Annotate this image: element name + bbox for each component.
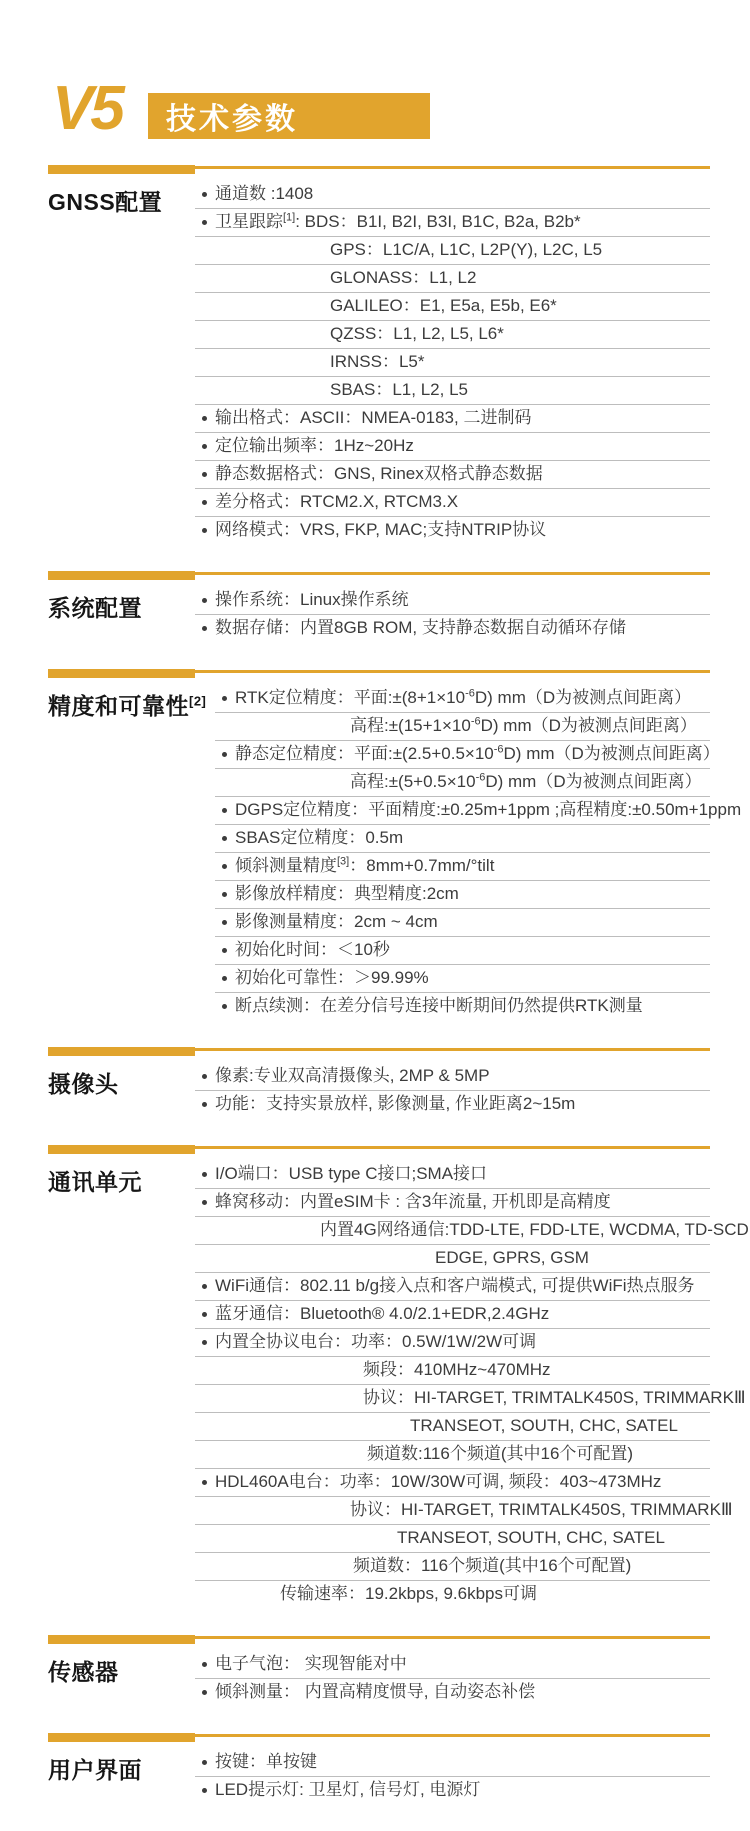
spec-text-part: 通道数 :1408 xyxy=(215,184,313,203)
section-title-text: 系统配置 xyxy=(48,595,142,621)
spec-text: 协议：HI-TARGET, TRIMTALK450S, TRIMMARKⅢ xyxy=(363,1388,746,1407)
spec-row: 电子气泡： 实现智能对中 xyxy=(195,1651,710,1679)
spec-text-part: 蜂窝移动：内置eSIM卡 : 含3年流量, 开机即是高精度 xyxy=(215,1192,611,1211)
section-divider xyxy=(48,669,710,678)
spec-text: 操作系统：Linux操作系统 xyxy=(215,590,409,609)
spec-text: QZSS：L1, L2, L5, L6* xyxy=(330,324,504,343)
bullet-icon xyxy=(202,472,207,477)
section-title-system: 系统配置 xyxy=(48,580,195,642)
section-title-gnss: GNSS配置 xyxy=(48,174,195,544)
bullet-icon xyxy=(202,444,207,449)
section-title-ui: 用户界面 xyxy=(48,1742,195,1804)
section-comm: 通讯单元I/O端口：USB type C接口;SMA接口蜂窝移动：内置eSIM卡… xyxy=(48,1145,710,1608)
spec-row: 网络模式：VRS, FKP, MAC;支持NTRIP协议 xyxy=(195,517,710,544)
spec-text: 按键：单按键 xyxy=(215,1752,317,1771)
section-title-text: 传感器 xyxy=(48,1659,119,1685)
spec-text-part: 操作系统：Linux操作系统 xyxy=(215,590,409,609)
spec-row: 静态数据格式：GNS, Rinex双格式静态数据 xyxy=(195,461,710,489)
section-body: 通讯单元I/O端口：USB type C接口;SMA接口蜂窝移动：内置eSIM卡… xyxy=(48,1154,710,1608)
bullet-icon xyxy=(202,1074,207,1079)
spec-row: TRANSEOT, SOUTH, CHC, SATEL xyxy=(195,1413,710,1441)
spec-text-part: 蓝牙通信：Bluetooth® 4.0/2.1+EDR,2.4GHz xyxy=(215,1304,549,1323)
spec-text: 定位输出频率：1Hz~20Hz xyxy=(215,436,414,455)
spec-text: WiFi通信：802.11 b/g接入点和客户端模式, 可提供WiFi热点服务 xyxy=(215,1276,695,1295)
section-divider xyxy=(48,1145,710,1154)
bullet-icon xyxy=(222,920,227,925)
section-body: GNSS配置通道数 :1408卫星跟踪[1]: BDS：B1I, B2I, B3… xyxy=(48,174,710,544)
spec-text: 像素:专业双高清摄像头, 2MP & 5MP xyxy=(215,1066,490,1085)
spec-row: SBAS定位精度：0.5m xyxy=(215,825,710,853)
spec-text-part: 传输速率：19.2kbps, 9.6kbps可调 xyxy=(280,1584,537,1603)
spec-text-part: ：8mm+0.7mm/°tilt xyxy=(349,856,494,875)
spec-text-part: 高程:±(15+1×10 xyxy=(350,716,471,735)
section-accuracy: 精度和可靠性[2]RTK定位精度：平面:±(8+1×10-6D) mm（D为被测… xyxy=(48,669,710,1020)
footnote-marker: -6 xyxy=(494,743,504,755)
spec-text: 蜂窝移动：内置eSIM卡 : 含3年流量, 开机即是高精度 xyxy=(215,1192,611,1211)
section-title-text: 摄像头 xyxy=(48,1071,119,1097)
spec-text-part: 定位输出频率：1Hz~20Hz xyxy=(215,436,414,455)
section-title-text: 用户界面 xyxy=(48,1757,142,1783)
spec-list: RTK定位精度：平面:±(8+1×10-6D) mm（D为被测点间距离）高程:±… xyxy=(195,678,710,1020)
bullet-icon xyxy=(222,948,227,953)
section-title-sensor: 传感器 xyxy=(48,1644,195,1706)
spec-list: 通道数 :1408卫星跟踪[1]: BDS：B1I, B2I, B3I, B1C… xyxy=(195,174,710,544)
bullet-icon xyxy=(202,1760,207,1765)
spec-text-part: RTK定位精度：平面:±(8+1×10 xyxy=(235,688,465,707)
bullet-icon xyxy=(202,1480,207,1485)
spec-text-part: 高程:±(5+0.5×10 xyxy=(350,772,476,791)
spec-row: 蓝牙通信：Bluetooth® 4.0/2.1+EDR,2.4GHz xyxy=(195,1301,710,1329)
spec-text: 卫星跟踪[1]: BDS：B1I, B2I, B3I, B1C, B2a, B2… xyxy=(215,212,581,231)
spec-text: 数据存储：内置8GB ROM, 支持静态数据自动循环存储 xyxy=(215,618,626,637)
spec-list: 操作系统：Linux操作系统数据存储：内置8GB ROM, 支持静态数据自动循环… xyxy=(195,580,710,642)
spec-row: SBAS：L1, L2, L5 xyxy=(195,377,710,405)
spec-text: 影像放样精度：典型精度:2cm xyxy=(235,884,459,903)
spec-text-part: GPS：L1C/A, L1C, L2P(Y), L2C, L5 xyxy=(330,240,602,259)
spec-text-part: DGPS定位精度：平面精度:±0.25m+1ppm ;高程精度:±0.50m+1… xyxy=(235,800,741,819)
section-ui: 用户界面按键：单按键LED提示灯: 卫星灯, 信号灯, 电源灯 xyxy=(48,1733,710,1804)
spec-row: 内置4G网络通信:TDD-LTE, FDD-LTE, WCDMA, TD-SCD… xyxy=(195,1217,710,1245)
bullet-icon xyxy=(222,696,227,701)
spec-text: 差分格式：RTCM2.X, RTCM3.X xyxy=(215,492,458,511)
bullet-icon xyxy=(202,528,207,533)
brand-logo: V5 xyxy=(52,80,148,138)
section-body: 摄像头像素:专业双高清摄像头, 2MP & 5MP功能：支持实景放样, 影像测量… xyxy=(48,1056,710,1118)
page-title: 技术参数 xyxy=(166,94,298,138)
spec-row: 频道数:116个频道(其中16个可配置) xyxy=(195,1441,710,1469)
spec-row: 按键：单按键 xyxy=(195,1749,710,1777)
spec-row: 定位输出频率：1Hz~20Hz xyxy=(195,433,710,461)
spec-text-part: D) mm（D为被测点间距离） xyxy=(504,744,720,763)
footnote-marker: -6 xyxy=(465,687,475,699)
spec-text-part: 内置4G网络通信:TDD-LTE, FDD-LTE, WCDMA, TD-SCD… xyxy=(320,1220,750,1239)
spec-row: 差分格式：RTCM2.X, RTCM3.X xyxy=(195,489,710,517)
spec-text: 影像测量精度：2cm ~ 4cm xyxy=(235,912,438,931)
spec-text-part: QZSS：L1, L2, L5, L6* xyxy=(330,324,504,343)
footnote-marker: -6 xyxy=(476,771,486,783)
spec-row: 像素:专业双高清摄像头, 2MP & 5MP xyxy=(195,1063,710,1091)
section-sensor: 传感器电子气泡： 实现智能对中倾斜测量： 内置高精度惯导, 自动姿态补偿 xyxy=(48,1635,710,1706)
section-body: 传感器电子气泡： 实现智能对中倾斜测量： 内置高精度惯导, 自动姿态补偿 xyxy=(48,1644,710,1706)
spec-text: HDL460A电台：功率：10W/30W可调, 频段：403~473MHz xyxy=(215,1472,661,1491)
spec-text-part: D) mm（D为被测点间距离） xyxy=(481,716,697,735)
spec-text: LED提示灯: 卫星灯, 信号灯, 电源灯 xyxy=(215,1780,480,1799)
spec-text: SBAS：L1, L2, L5 xyxy=(330,380,468,399)
spec-row: 初始化时间：＜10秒 xyxy=(215,937,710,965)
spec-text-part: WiFi通信：802.11 b/g接入点和客户端模式, 可提供WiFi热点服务 xyxy=(215,1276,695,1295)
spec-text-part: 卫星跟踪 xyxy=(215,212,283,231)
spec-text: 功能：支持实景放样, 影像测量, 作业距离2~15m xyxy=(215,1094,575,1113)
spec-text: 蓝牙通信：Bluetooth® 4.0/2.1+EDR,2.4GHz xyxy=(215,1304,549,1323)
spec-row: 初始化可靠性：＞99.99% xyxy=(215,965,710,993)
spec-row: 功能：支持实景放样, 影像测量, 作业距离2~15m xyxy=(195,1091,710,1118)
spec-text-part: GALILEO：E1, E5a, E5b, E6* xyxy=(330,296,557,315)
bullet-icon xyxy=(222,892,227,897)
spec-text-part: LED提示灯: 卫星灯, 信号灯, 电源灯 xyxy=(215,1780,480,1799)
spec-text: 高程:±(5+0.5×10-6D) mm（D为被测点间距离） xyxy=(350,772,702,791)
divider-line xyxy=(195,670,710,673)
bullet-icon xyxy=(202,1312,207,1317)
bullet-icon xyxy=(222,836,227,841)
spec-row: DGPS定位精度：平面精度:±0.25m+1ppm ;高程精度:±0.50m+1… xyxy=(215,797,710,825)
bullet-icon xyxy=(222,1004,227,1009)
spec-text-part: EDGE, GPRS, GSM xyxy=(435,1248,589,1267)
spec-text-part: GLONASS：L1, L2 xyxy=(330,268,476,287)
spec-row: 输出格式：ASCII：NMEA-0183, 二进制码 xyxy=(195,405,710,433)
bullet-icon xyxy=(202,1690,207,1695)
spec-text-part: 倾斜测量精度 xyxy=(235,856,337,875)
spec-row: 断点续测：在差分信号连接中断期间仍然提供RTK测量 xyxy=(215,993,710,1020)
bullet-icon xyxy=(202,500,207,505)
divider-bar xyxy=(48,1047,195,1056)
spec-row: 频段：410MHz~470MHz xyxy=(195,1357,710,1385)
spec-row: WiFi通信：802.11 b/g接入点和客户端模式, 可提供WiFi热点服务 xyxy=(195,1273,710,1301)
section-body: 系统配置操作系统：Linux操作系统数据存储：内置8GB ROM, 支持静态数据… xyxy=(48,580,710,642)
spec-text: GLONASS：L1, L2 xyxy=(330,268,476,287)
spec-row: 卫星跟踪[1]: BDS：B1I, B2I, B3I, B1C, B2a, B2… xyxy=(195,209,710,237)
spec-text: 倾斜测量精度[3]：8mm+0.7mm/°tilt xyxy=(235,856,494,875)
header: V5 技术参数 xyxy=(48,80,710,139)
divider-bar xyxy=(48,1145,195,1154)
bullet-icon xyxy=(202,598,207,603)
spec-row: 协议：HI-TARGET, TRIMTALK450S, TRIMMARKⅢ xyxy=(195,1385,710,1413)
spec-row: 传输速率：19.2kbps, 9.6kbps可调 xyxy=(195,1581,710,1608)
section-title-camera: 摄像头 xyxy=(48,1056,195,1118)
spec-list: I/O端口：USB type C接口;SMA接口蜂窝移动：内置eSIM卡 : 含… xyxy=(195,1154,710,1608)
section-title-text: 精度和可靠性 xyxy=(48,693,189,719)
section-divider xyxy=(48,165,710,174)
spec-text: 静态定位精度：平面:±(2.5+0.5×10-6D) mm（D为被测点间距离） xyxy=(235,744,720,763)
spec-text: IRNSS：L5* xyxy=(330,352,424,371)
spec-row: 数据存储：内置8GB ROM, 支持静态数据自动循环存储 xyxy=(195,615,710,642)
spec-list: 电子气泡： 实现智能对中倾斜测量： 内置高精度惯导, 自动姿态补偿 xyxy=(195,1644,710,1706)
section-divider xyxy=(48,1733,710,1742)
spec-text: 频道数：116个频道(其中16个可配置) xyxy=(353,1556,631,1575)
spec-text-part: 影像测量精度：2cm ~ 4cm xyxy=(235,912,438,931)
divider-bar xyxy=(48,571,195,580)
spec-row: IRNSS：L5* xyxy=(195,349,710,377)
bullet-icon xyxy=(202,1662,207,1667)
divider-bar xyxy=(48,669,195,678)
divider-bar xyxy=(48,1733,195,1742)
spec-text: GALILEO：E1, E5a, E5b, E6* xyxy=(330,296,557,315)
spec-text-part: 初始化时间：＜10秒 xyxy=(235,940,390,959)
spec-row: GLONASS：L1, L2 xyxy=(195,265,710,293)
spec-text-part: 频段：410MHz~470MHz xyxy=(363,1360,551,1379)
spec-text-part: 静态定位精度：平面:±(2.5+0.5×10 xyxy=(235,744,494,763)
spec-list: 按键：单按键LED提示灯: 卫星灯, 信号灯, 电源灯 xyxy=(195,1742,710,1804)
spec-text: 倾斜测量： 内置高精度惯导, 自动姿态补偿 xyxy=(215,1682,535,1701)
divider-line xyxy=(195,166,710,169)
bullet-icon xyxy=(202,192,207,197)
spec-text-part: D) mm（D为被测点间距离） xyxy=(475,688,691,707)
spec-text: 初始化可靠性：＞99.99% xyxy=(235,968,429,987)
spec-text-part: HDL460A电台：功率：10W/30W可调, 频段：403~473MHz xyxy=(215,1472,661,1491)
spec-text-part: 静态数据格式：GNS, Rinex双格式静态数据 xyxy=(215,464,543,483)
section-camera: 摄像头像素:专业双高清摄像头, 2MP & 5MP功能：支持实景放样, 影像测量… xyxy=(48,1047,710,1118)
spec-text: 内置全协议电台：功率：0.5W/1W/2W可调 xyxy=(215,1332,536,1351)
section-body: 用户界面按键：单按键LED提示灯: 卫星灯, 信号灯, 电源灯 xyxy=(48,1742,710,1804)
section-divider xyxy=(48,1635,710,1644)
spec-row: HDL460A电台：功率：10W/30W可调, 频段：403~473MHz xyxy=(195,1469,710,1497)
bullet-icon xyxy=(222,808,227,813)
spec-text: 网络模式：VRS, FKP, MAC;支持NTRIP协议 xyxy=(215,520,546,539)
spec-text-part: D) mm（D为被测点间距离） xyxy=(485,772,701,791)
spec-row: 倾斜测量： 内置高精度惯导, 自动姿态补偿 xyxy=(195,1679,710,1706)
spec-text: 输出格式：ASCII：NMEA-0183, 二进制码 xyxy=(215,408,531,427)
spec-text-part: 断点续测：在差分信号连接中断期间仍然提供RTK测量 xyxy=(235,996,643,1015)
section-title-text: 通讯单元 xyxy=(48,1169,142,1195)
spec-text: 协议：HI-TARGET, TRIMTALK450S, TRIMMARKⅢ xyxy=(350,1500,733,1519)
divider-line xyxy=(195,1636,710,1639)
spec-text: EDGE, GPRS, GSM xyxy=(435,1248,589,1267)
spec-text: SBAS定位精度：0.5m xyxy=(235,828,403,847)
divider-line xyxy=(195,1048,710,1051)
section-title-text: GNSS配置 xyxy=(48,189,162,215)
bullet-icon xyxy=(202,1788,207,1793)
spec-text-part: 协议：HI-TARGET, TRIMTALK450S, TRIMMARKⅢ xyxy=(350,1500,733,1519)
footnote-marker: [3] xyxy=(337,855,349,867)
spec-text-part: 数据存储：内置8GB ROM, 支持静态数据自动循环存储 xyxy=(215,618,626,637)
spec-text: 传输速率：19.2kbps, 9.6kbps可调 xyxy=(280,1584,537,1603)
spec-text-part: : BDS：B1I, B2I, B3I, B1C, B2a, B2b* xyxy=(295,212,580,231)
bullet-icon xyxy=(222,752,227,757)
spec-row: 倾斜测量精度[3]：8mm+0.7mm/°tilt xyxy=(215,853,710,881)
spec-list: 像素:专业双高清摄像头, 2MP & 5MP功能：支持实景放样, 影像测量, 作… xyxy=(195,1056,710,1118)
spec-text-part: 功能：支持实景放样, 影像测量, 作业距离2~15m xyxy=(215,1094,575,1113)
section-divider xyxy=(48,1047,710,1056)
spec-text-part: 网络模式：VRS, FKP, MAC;支持NTRIP协议 xyxy=(215,520,546,539)
spec-text: 初始化时间：＜10秒 xyxy=(235,940,390,959)
spec-row: 影像测量精度：2cm ~ 4cm xyxy=(215,909,710,937)
bullet-icon xyxy=(202,626,207,631)
spec-row: QZSS：L1, L2, L5, L6* xyxy=(195,321,710,349)
spec-text-part: 按键：单按键 xyxy=(215,1752,317,1771)
spec-text-part: 输出格式：ASCII：NMEA-0183, 二进制码 xyxy=(215,408,531,427)
spec-row: 蜂窝移动：内置eSIM卡 : 含3年流量, 开机即是高精度 xyxy=(195,1189,710,1217)
spec-row: 高程:±(5+0.5×10-6D) mm（D为被测点间距离） xyxy=(215,769,710,797)
spec-sections: GNSS配置通道数 :1408卫星跟踪[1]: BDS：B1I, B2I, B3… xyxy=(48,165,710,1804)
bullet-icon xyxy=(202,1200,207,1205)
spec-text-part: TRANSEOT, SOUTH, CHC, SATEL xyxy=(410,1416,678,1435)
spec-text-part: SBAS定位精度：0.5m xyxy=(235,828,403,847)
spec-text: I/O端口：USB type C接口;SMA接口 xyxy=(215,1164,487,1183)
divider-line xyxy=(195,1734,710,1737)
spec-row: TRANSEOT, SOUTH, CHC, SATEL xyxy=(195,1525,710,1553)
spec-text-part: 倾斜测量： 内置高精度惯导, 自动姿态补偿 xyxy=(215,1682,535,1701)
bullet-icon xyxy=(202,1340,207,1345)
section-gnss: GNSS配置通道数 :1408卫星跟踪[1]: BDS：B1I, B2I, B3… xyxy=(48,165,710,544)
spec-row: 静态定位精度：平面:±(2.5+0.5×10-6D) mm（D为被测点间距离） xyxy=(215,741,710,769)
spec-row: I/O端口：USB type C接口;SMA接口 xyxy=(195,1161,710,1189)
spec-text: GPS：L1C/A, L1C, L2P(Y), L2C, L5 xyxy=(330,240,602,259)
spec-text: DGPS定位精度：平面精度:±0.25m+1ppm ;高程精度:±0.50m+1… xyxy=(235,800,741,819)
spec-text: 高程:±(15+1×10-6D) mm（D为被测点间距离） xyxy=(350,716,697,735)
divider-bar xyxy=(48,1635,195,1644)
divider-line xyxy=(195,572,710,575)
spec-row: 频道数：116个频道(其中16个可配置) xyxy=(195,1553,710,1581)
footnote-marker: [1] xyxy=(283,211,295,223)
spec-text-part: I/O端口：USB type C接口;SMA接口 xyxy=(215,1164,487,1183)
section-title-accuracy: 精度和可靠性[2] xyxy=(48,678,195,1020)
spec-row: GPS：L1C/A, L1C, L2P(Y), L2C, L5 xyxy=(195,237,710,265)
spec-text-part: 协议：HI-TARGET, TRIMTALK450S, TRIMMARKⅢ xyxy=(363,1388,746,1407)
bullet-icon xyxy=(202,416,207,421)
page-title-bar: 技术参数 xyxy=(148,93,430,139)
spec-text: RTK定位精度：平面:±(8+1×10-6D) mm（D为被测点间距离） xyxy=(235,688,691,707)
spec-text-part: SBAS：L1, L2, L5 xyxy=(330,380,468,399)
spec-row: 通道数 :1408 xyxy=(195,181,710,209)
divider-line xyxy=(195,1146,710,1149)
bullet-icon xyxy=(202,1172,207,1177)
bullet-icon xyxy=(222,976,227,981)
spec-text: 电子气泡： 实现智能对中 xyxy=(215,1654,407,1673)
spec-text-part: 像素:专业双高清摄像头, 2MP & 5MP xyxy=(215,1066,490,1085)
spec-text: TRANSEOT, SOUTH, CHC, SATEL xyxy=(410,1416,678,1435)
spec-text-part: TRANSEOT, SOUTH, CHC, SATEL xyxy=(397,1528,665,1547)
spec-row: 协议：HI-TARGET, TRIMTALK450S, TRIMMARKⅢ xyxy=(195,1497,710,1525)
bullet-icon xyxy=(202,1284,207,1289)
spec-text-part: 内置全协议电台：功率：0.5W/1W/2W可调 xyxy=(215,1332,536,1351)
bullet-icon xyxy=(202,1102,207,1107)
spec-row: RTK定位精度：平面:±(8+1×10-6D) mm（D为被测点间距离） xyxy=(215,685,710,713)
section-system: 系统配置操作系统：Linux操作系统数据存储：内置8GB ROM, 支持静态数据… xyxy=(48,571,710,642)
spec-row: 操作系统：Linux操作系统 xyxy=(195,587,710,615)
spec-text: 频道数:116个频道(其中16个可配置) xyxy=(367,1444,633,1463)
divider-bar xyxy=(48,165,195,174)
spec-text-part: 影像放样精度：典型精度:2cm xyxy=(235,884,459,903)
spec-row: GALILEO：E1, E5a, E5b, E6* xyxy=(195,293,710,321)
spec-text: 内置4G网络通信:TDD-LTE, FDD-LTE, WCDMA, TD-SCD… xyxy=(320,1220,750,1239)
section-title-comm: 通讯单元 xyxy=(48,1154,195,1608)
spec-text-part: 差分格式：RTCM2.X, RTCM3.X xyxy=(215,492,458,511)
spec-text-part: 频道数:116个频道(其中16个可配置) xyxy=(367,1444,633,1463)
spec-row: 影像放样精度：典型精度:2cm xyxy=(215,881,710,909)
bullet-icon xyxy=(202,220,207,225)
spec-text: 频段：410MHz~470MHz xyxy=(363,1360,551,1379)
spec-sheet: V5 技术参数 GNSS配置通道数 :1408卫星跟踪[1]: BDS：B1I,… xyxy=(48,0,710,1804)
section-divider xyxy=(48,571,710,580)
spec-text: 静态数据格式：GNS, Rinex双格式静态数据 xyxy=(215,464,543,483)
footnote-marker: -6 xyxy=(471,715,481,727)
spec-row: 内置全协议电台：功率：0.5W/1W/2W可调 xyxy=(195,1329,710,1357)
spec-row: EDGE, GPRS, GSM xyxy=(195,1245,710,1273)
bullet-icon xyxy=(222,864,227,869)
spec-row: LED提示灯: 卫星灯, 信号灯, 电源灯 xyxy=(195,1777,710,1804)
spec-text: 通道数 :1408 xyxy=(215,184,313,203)
section-body: 精度和可靠性[2]RTK定位精度：平面:±(8+1×10-6D) mm（D为被测… xyxy=(48,678,710,1020)
spec-text-part: 频道数：116个频道(其中16个可配置) xyxy=(353,1556,631,1575)
spec-row: 高程:±(15+1×10-6D) mm（D为被测点间距离） xyxy=(215,713,710,741)
spec-text-part: IRNSS：L5* xyxy=(330,352,424,371)
spec-text-part: 初始化可靠性：＞99.99% xyxy=(235,968,429,987)
spec-text-part: 电子气泡： 实现智能对中 xyxy=(215,1654,407,1673)
spec-text: TRANSEOT, SOUTH, CHC, SATEL xyxy=(397,1528,665,1547)
spec-text: 断点续测：在差分信号连接中断期间仍然提供RTK测量 xyxy=(235,996,643,1015)
